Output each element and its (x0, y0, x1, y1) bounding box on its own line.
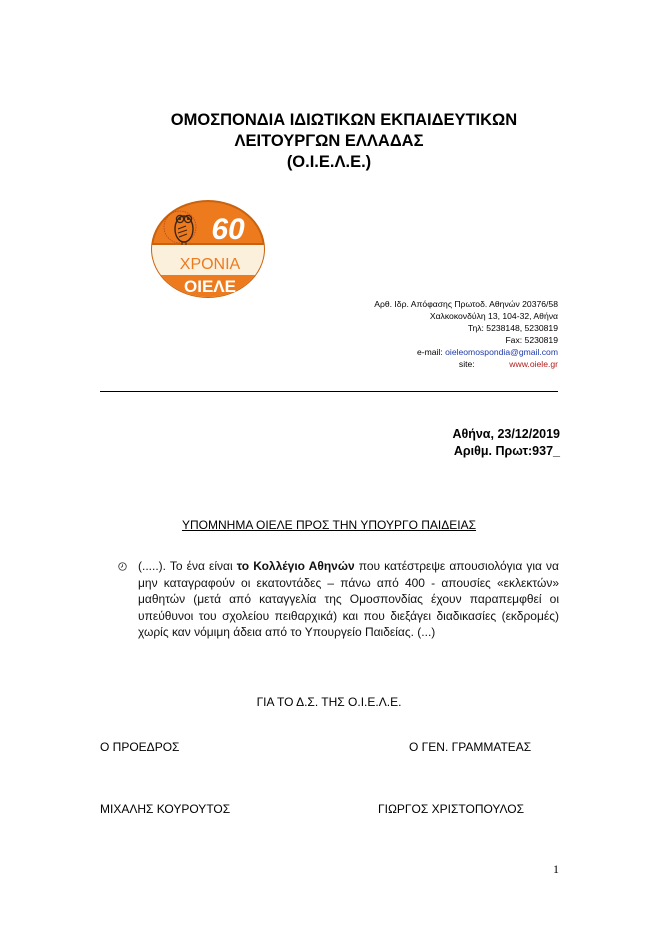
address-text: Χαλκοκονδύλη 13, 104-32, Αθήνα (238, 310, 558, 322)
paragraph-bold-school: το Κολλέγιο Αθηνών (237, 559, 355, 573)
email-link[interactable]: oieleomospondia@gmail.com (445, 347, 558, 357)
secretary-general-name: ΓΙΩΡΓΟΣ ΧΡΙΣΤΟΠΟΥΛΟΣ (378, 802, 524, 816)
org-title-line1: ΟΜΟΣΠΟΝΔΙΑ ΙΔΙΩΤΙΚΩΝ ΕΚΠΑΙΔΕΥΤΙΚΩΝ (30, 110, 658, 131)
registration-text: Αρθ. Ιδρ. Απόφασης Πρωτοδ. Αθηνών 20376/… (238, 298, 558, 310)
fax-text: Fax: 5230819 (238, 334, 558, 346)
contact-info: Αρθ. Ιδρ. Απόφασης Πρωτοδ. Αθηνών 20376/… (238, 298, 558, 370)
logo-60-years: 60 ΧΡΟΝΙΑ ΟΙΕΛΕ (150, 199, 266, 299)
president-name: ΜΙΧΑΛΗΣ ΚΟΥΡΟΥΤΟΣ (100, 802, 230, 816)
svg-text:60: 60 (211, 213, 245, 246)
secretary-general-role: Ο ΓΕΝ. ΓΡΑΜΜΑΤΕΑΣ (409, 740, 531, 754)
president-role: Ο ΠΡΟΕΔΡΟΣ (100, 740, 179, 754)
signed-for-board: ΓΙΑ ΤΟ Δ.Σ. ΤΗΣ Ο.Ι.Ε.Λ.Ε. (0, 695, 658, 709)
organization-title: ΟΜΟΣΠΟΝΔΙΑ ΙΔΙΩΤΙΚΩΝ ΕΚΠΑΙΔΕΥΤΙΚΩΝ ΛΕΙΤΟ… (0, 110, 658, 173)
org-title-line2: ΛΕΙΤΟΥΡΓΩΝ ΕΛΛΑΔΑΣ (0, 131, 658, 152)
svg-text:ΧΡΟΝΙΑ: ΧΡΟΝΙΑ (180, 256, 241, 273)
email-label: e-mail: (417, 347, 443, 357)
site-label: site: (459, 358, 507, 370)
memo-paragraph: (.....). Το ένα είναι το Κολλέγιο Αθηνών… (138, 558, 559, 641)
org-title-line3: (Ο.Ι.Ε.Λ.Ε.) (0, 152, 658, 173)
memo-title: ΥΠΟΜΝΗΜΑ ΟΙΕΛΕ ΠΡΟΣ ΤΗΝ ΥΠΟΥΡΓΟ ΠΑΙΔΕΙΑΣ (0, 518, 658, 532)
site-link[interactable]: www.oiele.gr (509, 359, 558, 369)
logo-graphic: 60 ΧΡΟΝΙΑ ΟΙΕΛΕ (150, 199, 266, 299)
date-block: Αθήνα, 23/12/2019 Αριθμ. Πρωτ:937_ (452, 426, 560, 460)
page-number: 1 (553, 862, 559, 877)
email-row: e-mail: oieleomospondia@gmail.com (238, 346, 558, 358)
phone-text: Τηλ: 5238148, 5230819 (238, 322, 558, 334)
clock-bullet-icon (118, 562, 127, 571)
document-date: Αθήνα, 23/12/2019 (452, 426, 560, 443)
svg-text:ΟΙΕΛΕ: ΟΙΕΛΕ (184, 277, 236, 296)
paragraph-intro: (.....). Το ένα είναι (138, 559, 237, 573)
protocol-number: Αριθμ. Πρωτ:937_ (452, 443, 560, 460)
header-divider (100, 391, 558, 392)
site-row: site: www.oiele.gr (238, 358, 558, 370)
